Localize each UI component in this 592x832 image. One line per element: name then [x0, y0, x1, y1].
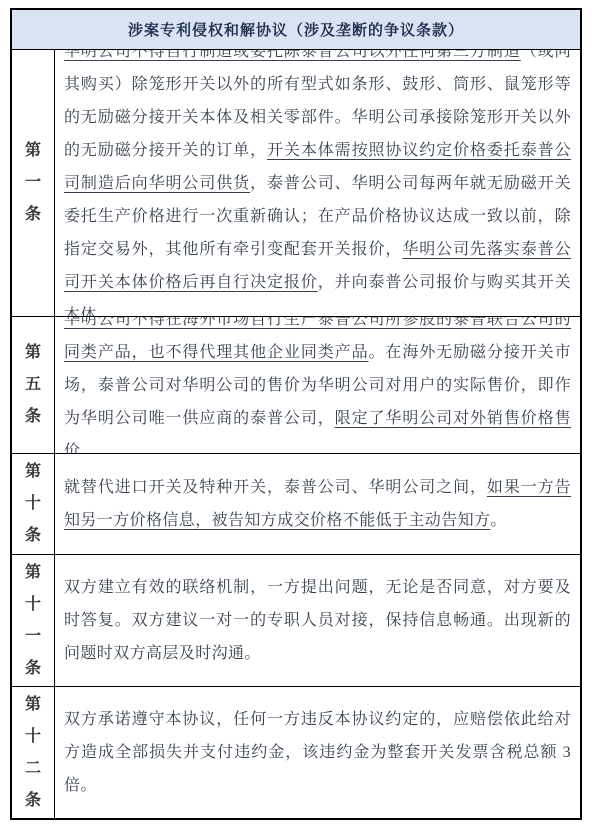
table-row: 第一条 华明公司不得自行制造或委托除泰普公司以外任何第三方制造（或向其购买）除笼…: [12, 49, 580, 316]
article-text: 华明公司不得自行制造或委托除泰普公司以外任何第三方制造（或向其购买）除笼形开关以…: [64, 50, 571, 316]
article-text: 双方建立有效的联络机制，一方提出问题，无论是否同意，对方要及时答复。双方建议一对…: [64, 571, 571, 670]
article-label: 第十条: [12, 454, 55, 554]
article-content-cell: 双方建立有效的联络机制，一方提出问题，无论是否同意，对方要及时答复。双方建议一对…: [55, 555, 580, 686]
article-content-cell: 就替代进口开关及特种开关，泰普公司、华明公司之间，如果一方告知另一方价格信息，被…: [55, 454, 580, 554]
agreement-table: 涉案专利侵权和解协议（涉及垄断的争议条款） 第一条 华明公司不得自行制造或委托除…: [10, 8, 582, 820]
article-label-char: 条: [25, 401, 41, 433]
article-content-cell: 华明公司不得自行制造或委托除泰普公司以外任何第三方制造（或向其购买）除笼形开关以…: [55, 50, 580, 316]
article-label-char: 十: [25, 589, 41, 621]
article-label: 第五条: [12, 317, 55, 453]
article-text: 双方承诺遵守本协议，任何一方违反本协议约定的，应赔偿依此给对方造成全部损失并支付…: [64, 703, 571, 802]
article-label: 第一条: [12, 50, 55, 316]
article-label-char: 五: [25, 369, 41, 401]
article-content-cell: 双方承诺遵守本协议，任何一方违反本协议约定的，应赔偿依此给对方造成全部损失并支付…: [55, 687, 580, 818]
clause-text: 。: [80, 443, 96, 454]
table-row: 第十一条 双方建立有效的联络机制，一方提出问题，无论是否同意，对方要及时答复。双…: [12, 554, 580, 686]
article-text: 华明公司不得在海外市场自行生产泰普公司所参股的泰普联合公司的同类产品，也不得代理…: [64, 317, 571, 453]
table-row: 第十二条 双方承诺遵守本协议，任何一方违反本协议约定的，应赔偿依此给对方造成全部…: [12, 686, 580, 818]
article-label-char: 条: [25, 199, 41, 231]
clause-text: 就替代进口开关及特种开关，泰普公司、华明公司之间，: [64, 479, 487, 496]
article-label-char: 条: [25, 785, 41, 817]
article-label-char: 第: [25, 456, 41, 488]
article-label-char: 条: [25, 653, 41, 685]
article-label-char: 十: [25, 488, 41, 520]
article-label-char: 第: [25, 337, 41, 369]
article-label-char: 一: [25, 167, 41, 199]
article-label-char: 十: [25, 721, 41, 753]
article-label-char: 第: [25, 689, 41, 721]
table-row: 第五条 华明公司不得在海外市场自行生产泰普公司所参股的泰普联合公司的同类产品，也…: [12, 316, 580, 453]
article-label: 第十二条: [12, 687, 55, 818]
article-label-char: 一: [25, 621, 41, 653]
article-label: 第十一条: [12, 555, 55, 686]
clause-text: 双方承诺遵守本协议，任何一方违反本协议约定的，应赔偿依此给对方造成全部损失并支付…: [64, 711, 571, 794]
article-label-char: 第: [25, 557, 41, 589]
article-label-char: 二: [25, 753, 41, 785]
clause-text: 。: [490, 512, 506, 529]
table-row: 第十条 就替代进口开关及特种开关，泰普公司、华明公司之间，如果一方告知另一方价格…: [12, 453, 580, 554]
article-label-char: 第: [25, 135, 41, 167]
article-content-cell: 华明公司不得在海外市场自行生产泰普公司所参股的泰普联合公司的同类产品，也不得代理…: [55, 317, 580, 453]
article-text: 就替代进口开关及特种开关，泰普公司、华明公司之间，如果一方告知另一方价格信息，被…: [64, 471, 571, 537]
table-title: 涉案专利侵权和解协议（涉及垄断的争议条款）: [12, 10, 580, 49]
clause-text: 双方建立有效的联络机制，一方提出问题，无论是否同意，对方要及时答复。双方建议一对…: [64, 579, 571, 662]
article-label-char: 条: [25, 520, 41, 552]
underlined-clause: 华明公司不得自行制造或委托除泰普公司以外任何第三方制造: [64, 50, 521, 60]
